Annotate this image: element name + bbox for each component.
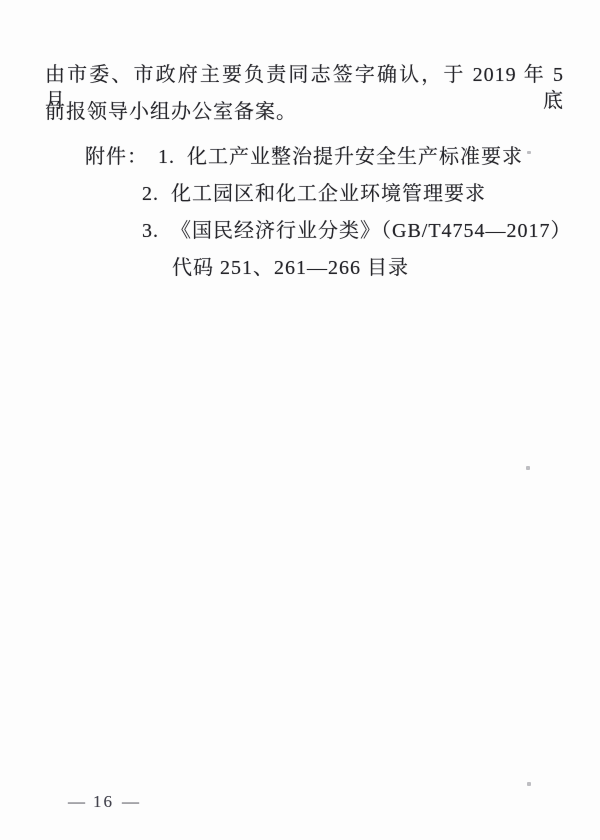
scan-speck xyxy=(526,466,530,470)
attachment-item-1-text: 化工产业整治提升安全生产标准要求 xyxy=(187,146,523,168)
scan-speck xyxy=(527,151,531,154)
attachment-item-3-number: 3. xyxy=(142,218,159,244)
attachment-item-2-text: 化工园区和化工企业环境管理要求 xyxy=(171,183,486,205)
page-number-dash-right: — xyxy=(114,792,147,811)
attachment-row-2: 2.化工园区和化工企业环境管理要求 xyxy=(142,181,486,207)
attachment-item-3-text: 《国民经济行业分类》（GB/T4754—2017） xyxy=(171,220,572,242)
document-page: 由市委、市政府主要负责同志签字确认，于 2019 年 5 月底 前报领导小组办公… xyxy=(0,0,600,840)
attachment-row-4: 代码 251、261—266 目录 xyxy=(172,255,409,281)
page-number: —16— xyxy=(60,792,147,812)
attachment-item-2-number: 2. xyxy=(142,181,159,207)
attachment-row-3: 3.《国民经济行业分类》（GB/T4754—2017） xyxy=(142,218,572,244)
attachment-item-3-continuation: 代码 251、261—266 目录 xyxy=(172,257,409,279)
attachment-item-1-number: 1. xyxy=(158,144,175,170)
body-paragraph-line-2: 前报领导小组办公室备案。 xyxy=(45,99,297,125)
page-number-value: 16 xyxy=(93,792,114,811)
attachment-label: 附件： xyxy=(85,144,148,170)
scan-speck xyxy=(527,782,531,786)
attachment-row-1: 附件：1.化工产业整治提升安全生产标准要求 xyxy=(85,144,523,170)
page-number-dash-left: — xyxy=(60,792,93,811)
